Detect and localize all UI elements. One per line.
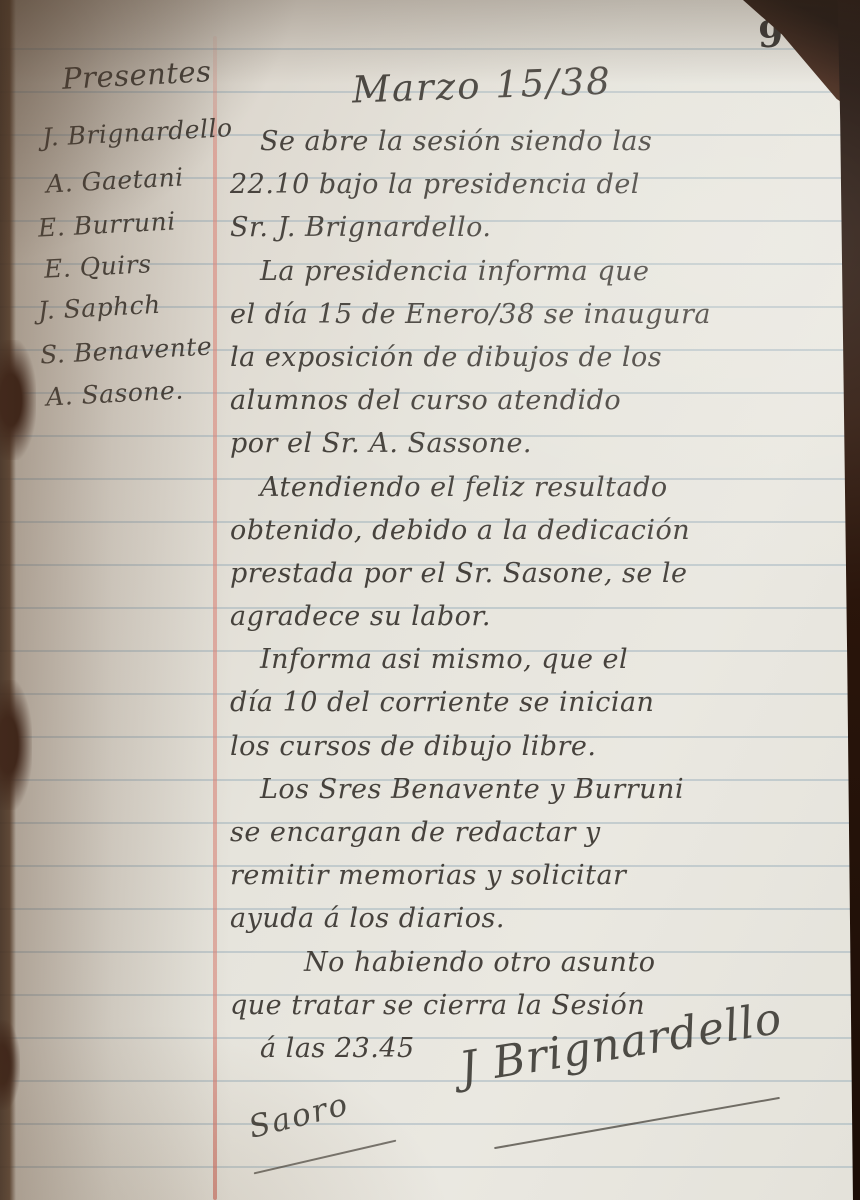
minutes-line: Sr. J. Brignardello.	[230, 206, 848, 249]
minutes-line: el día 15 de Enero/38 se inaugura	[230, 293, 848, 336]
minutes-line: se encargan de redactar y	[230, 811, 848, 854]
minutes-line: Los Sres Benavente y Burruni	[230, 768, 848, 811]
minutes-line: ayuda á los diarios.	[230, 897, 848, 940]
binding-stitch	[0, 1020, 20, 1110]
minutes-line: día 10 del corriente se inician	[230, 681, 848, 724]
minutes-line: La presidencia informa que	[230, 250, 848, 293]
attendee-name: S. Benavente	[39, 332, 212, 370]
minutes-line: prestada por el Sr. Sasone, se le	[230, 552, 848, 595]
minutes-line: No habiendo otro asunto	[230, 941, 848, 984]
minutes-line: Se abre la sesión siendo las	[230, 120, 848, 163]
minutes-line: la exposición de dibujos de los	[230, 336, 848, 379]
attendee-name: J. Brignardello	[41, 113, 233, 152]
minutes-line: los cursos de dibujo libre.	[230, 725, 848, 768]
minutes-line: 22.10 bajo la presidencia del	[230, 163, 848, 206]
attendee-list-title: Presentes	[61, 54, 212, 96]
binding-stitch	[0, 340, 36, 460]
minutes-line: obtenido, debido a la dedicación	[230, 509, 848, 552]
attendee-name: A. Gaetani	[45, 162, 184, 198]
minutes-line: por el Sr. A. Sassone.	[230, 422, 848, 465]
attendee-name: A. Sasone.	[45, 375, 184, 411]
minutes-line: remitir memorias y solicitar	[230, 854, 848, 897]
minutes-line: Atendiendo el feliz resultado	[230, 466, 848, 509]
minutes-line: Informa asi mismo, que el	[230, 638, 848, 681]
attendee-name: J. Saphch	[37, 290, 161, 325]
minutes-line: agradece su labor.	[230, 595, 848, 638]
binding-stitch	[0, 680, 32, 810]
minutes-line: alumnos del curso atendido	[230, 379, 848, 422]
date-heading: Marzo 15/38	[351, 59, 612, 111]
attendee-name: E. Burruni	[37, 206, 176, 242]
notebook-photo: 9 Presentes J. Brignardello A. Gaetani E…	[0, 0, 860, 1200]
attendee-name: E. Quirs	[43, 249, 152, 284]
minutes-body: Se abre la sesión siendo las 22.10 bajo …	[230, 120, 848, 1070]
